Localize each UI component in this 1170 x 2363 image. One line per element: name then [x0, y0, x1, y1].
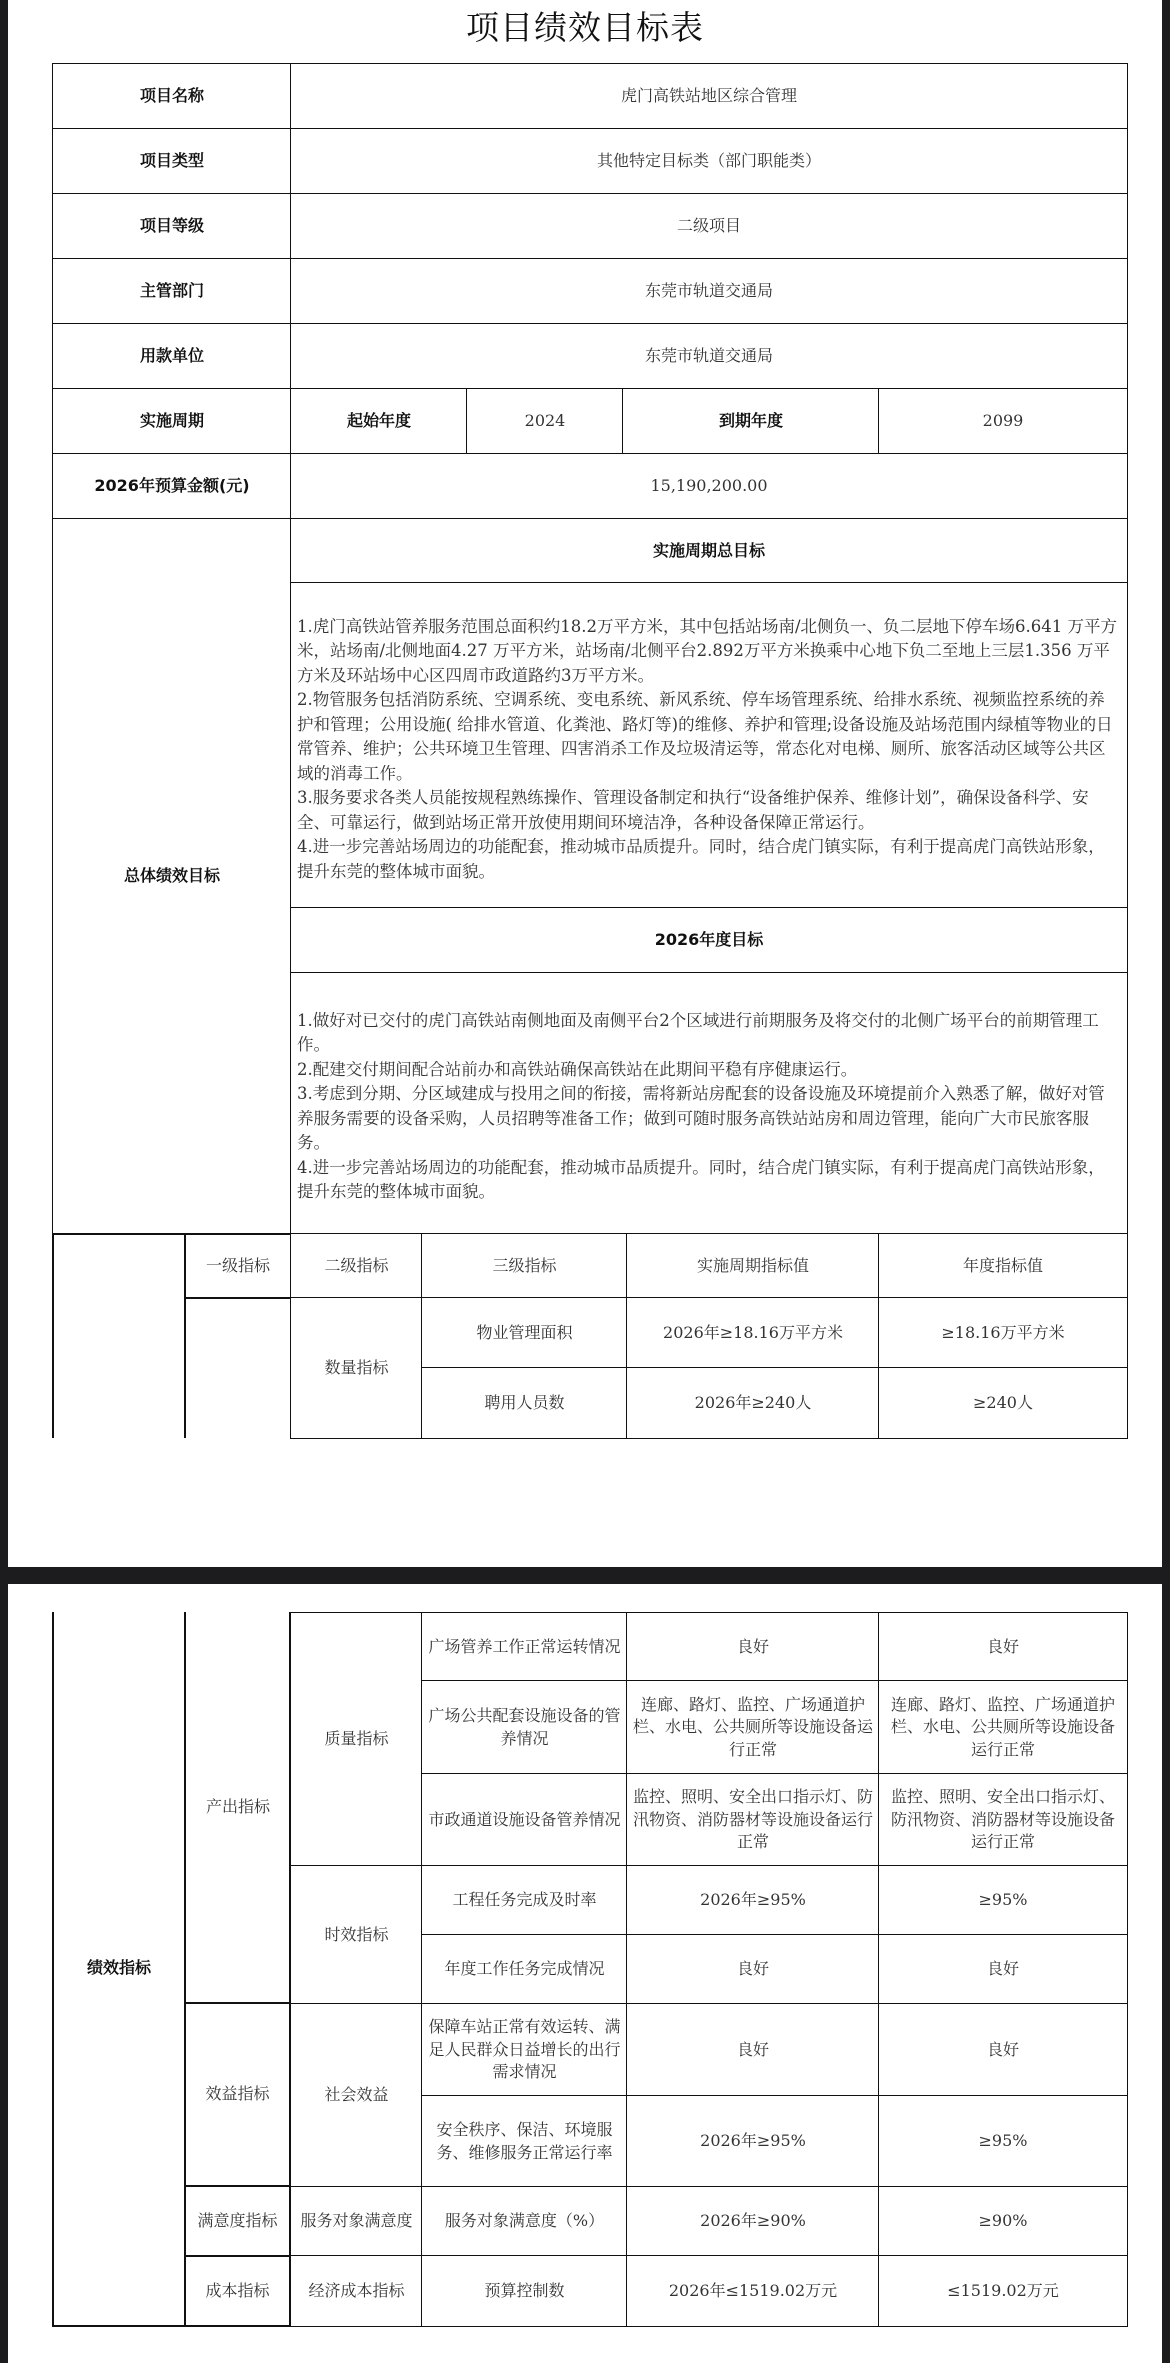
- budget-label: 2026年预算金额(元): [52, 453, 292, 520]
- period-value-cell: 2026年≥90%: [626, 2186, 880, 2257]
- year-value-cell: 良好: [878, 1934, 1128, 2005]
- funding-unit-value: 东莞市轨道交通局: [290, 323, 1128, 390]
- year-goal-item: 3.考虑到分期、分区域建成与投用之间的衔接，需将新站房配套的设备设施及环境提前介…: [297, 1082, 1121, 1156]
- year-goal-header: 2026年度目标: [290, 907, 1128, 974]
- level3-cell: 广场管养工作正常运转情况: [421, 1612, 628, 1682]
- year-goal-text: 1.做好对已交付的虎门高铁站南侧地面及南侧平台2个区域进行前期服务及将交付的北侧…: [290, 972, 1128, 1235]
- year-value-cell: ≥240人: [878, 1367, 1128, 1439]
- budget-value: 15,190,200.00: [290, 453, 1128, 520]
- level3-cell: 安全秩序、保洁、环境服务、维修服务正常运行率: [421, 2095, 628, 2188]
- period-goal-item: 4.进一步完善站场周边的功能配套，推动城市品质提升。同时，结合虎门镇实际，有利于…: [297, 835, 1121, 884]
- level1-cost: 成本指标: [186, 2257, 289, 2325]
- year-value-cell: 良好: [878, 1612, 1128, 1682]
- period-goal-text: 1.虎门高铁站管养服务范围总面积约18.2万平方米，其中包括站场南/北侧负一、负…: [290, 582, 1128, 909]
- overall-goals-label: 总体绩效目标: [52, 518, 292, 1235]
- start-year-value: 2024: [466, 388, 624, 455]
- period-goal-item: 3.服务要求各类人员能按规程熟练操作、管理设备制定和执行“设备维护保养、维修计划…: [297, 786, 1121, 835]
- project-type-label: 项目类型: [52, 128, 292, 195]
- level3-cell: 聘用人员数: [421, 1367, 628, 1439]
- year-value-cell: ≥95%: [878, 1865, 1128, 1936]
- year-value-cell: 良好: [878, 2003, 1128, 2097]
- period-value-cell: 监控、照明、安全出口指示灯、防汛物资、消防器材等设施设备运行正常: [626, 1773, 880, 1867]
- level2-economic: 经济成本指标: [290, 2255, 423, 2327]
- header-year-value: 年度指标值: [878, 1233, 1128, 1299]
- level3-cell: 服务对象满意度（%）: [421, 2186, 628, 2257]
- level3-cell: 工程任务完成及时率: [421, 1865, 628, 1936]
- level1-output: 产出指标: [186, 1612, 290, 2003]
- indicators-label: 绩效指标: [54, 1612, 184, 2325]
- level3-cell: 市政通道设施设备管养情况: [421, 1773, 628, 1867]
- table-border: [184, 1297, 291, 1299]
- project-level-value: 二级项目: [290, 193, 1128, 260]
- level2-quality: 质量指标: [290, 1612, 423, 1867]
- year-goal-item: 2.配建交付期间配合站前办和高铁站确保高铁站在此期间平稳有序健康运行。: [297, 1058, 1121, 1083]
- header-level2: 二级指标: [290, 1233, 423, 1299]
- period-label: 实施周期: [52, 388, 292, 455]
- period-value-cell: 2026年≥240人: [626, 1367, 880, 1439]
- period-value-cell: 良好: [626, 1612, 880, 1682]
- level3-cell: 保障车站正常有效运转、满足人民群众日益增长的出行需求情况: [421, 2003, 628, 2097]
- year-value-cell: ≤1519.02万元: [878, 2255, 1128, 2327]
- period-value-cell: 良好: [626, 1934, 880, 2005]
- funding-unit-label: 用款单位: [52, 323, 292, 390]
- level3-cell: 年度工作任务完成情况: [421, 1934, 628, 2005]
- header-level1: 一级指标: [186, 1235, 290, 1297]
- year-goal-item: 4.进一步完善站场周边的功能配套，推动城市品质提升。同时，结合虎门镇实际，有利于…: [297, 1156, 1121, 1205]
- year-goal-item: 1.做好对已交付的虎门高铁站南侧地面及南侧平台2个区域进行前期服务及将交付的北侧…: [297, 1009, 1121, 1058]
- year-value-cell: 监控、照明、安全出口指示灯、防汛物资、消防器材等设施设备运行正常: [878, 1773, 1128, 1867]
- period-value-cell: 2026年≥95%: [626, 1865, 880, 1936]
- header-level3: 三级指标: [421, 1233, 628, 1299]
- department-label: 主管部门: [52, 258, 292, 325]
- period-value-cell: 连廊、路灯、监控、广场通道护栏、水电、公共厕所等设施设备运行正常: [626, 1680, 880, 1775]
- level2-social: 社会效益: [290, 2003, 423, 2188]
- project-type-value: 其他特定目标类（部门职能类）: [290, 128, 1128, 195]
- start-year-label: 起始年度: [290, 388, 468, 455]
- project-name-label: 项目名称: [52, 63, 292, 130]
- level2-timeliness: 时效指标: [290, 1865, 423, 2005]
- year-value-cell: 连廊、路灯、监控、广场通道护栏、水电、公共厕所等设施设备运行正常: [878, 1680, 1128, 1775]
- end-year-value: 2099: [878, 388, 1128, 455]
- project-name-value: 虎门高铁站地区综合管理: [290, 63, 1128, 130]
- level3-cell: 广场公共配套设施设备的管养情况: [421, 1680, 628, 1775]
- level2-quantity: 数量指标: [290, 1297, 423, 1439]
- level3-cell: 预算控制数: [421, 2255, 628, 2327]
- period-value-cell: 2026年≥95%: [626, 2095, 880, 2188]
- level3-cell: 物业管理面积: [421, 1297, 628, 1369]
- period-goal-item: 1.虎门高铁站管养服务范围总面积约18.2万平方米，其中包括站场南/北侧负一、负…: [297, 615, 1121, 689]
- project-level-label: 项目等级: [52, 193, 292, 260]
- period-value-cell: 良好: [626, 2003, 880, 2097]
- department-value: 东莞市轨道交通局: [290, 258, 1128, 325]
- period-goal-item: 2.物管服务包括消防系统、空调系统、变电系统、新风系统、停车场管理系统、给排水系…: [297, 688, 1121, 786]
- year-value-cell: ≥18.16万平方米: [878, 1297, 1128, 1369]
- level1-satisfaction: 满意度指标: [186, 2187, 289, 2256]
- table-border: [52, 1233, 54, 1438]
- level2-service: 服务对象满意度: [290, 2186, 423, 2257]
- end-year-label: 到期年度: [622, 388, 880, 455]
- year-value-cell: ≥95%: [878, 2095, 1128, 2188]
- period-value-cell: 2026年≤1519.02万元: [626, 2255, 880, 2327]
- header-period-value: 实施周期指标值: [626, 1233, 880, 1299]
- period-value-cell: 2026年≥18.16万平方米: [626, 1297, 880, 1369]
- page-title: 项目绩效目标表: [0, 2, 1170, 49]
- period-goal-header: 实施周期总目标: [290, 518, 1128, 584]
- level1-benefit: 效益指标: [186, 2004, 289, 2185]
- year-value-cell: ≥90%: [878, 2186, 1128, 2257]
